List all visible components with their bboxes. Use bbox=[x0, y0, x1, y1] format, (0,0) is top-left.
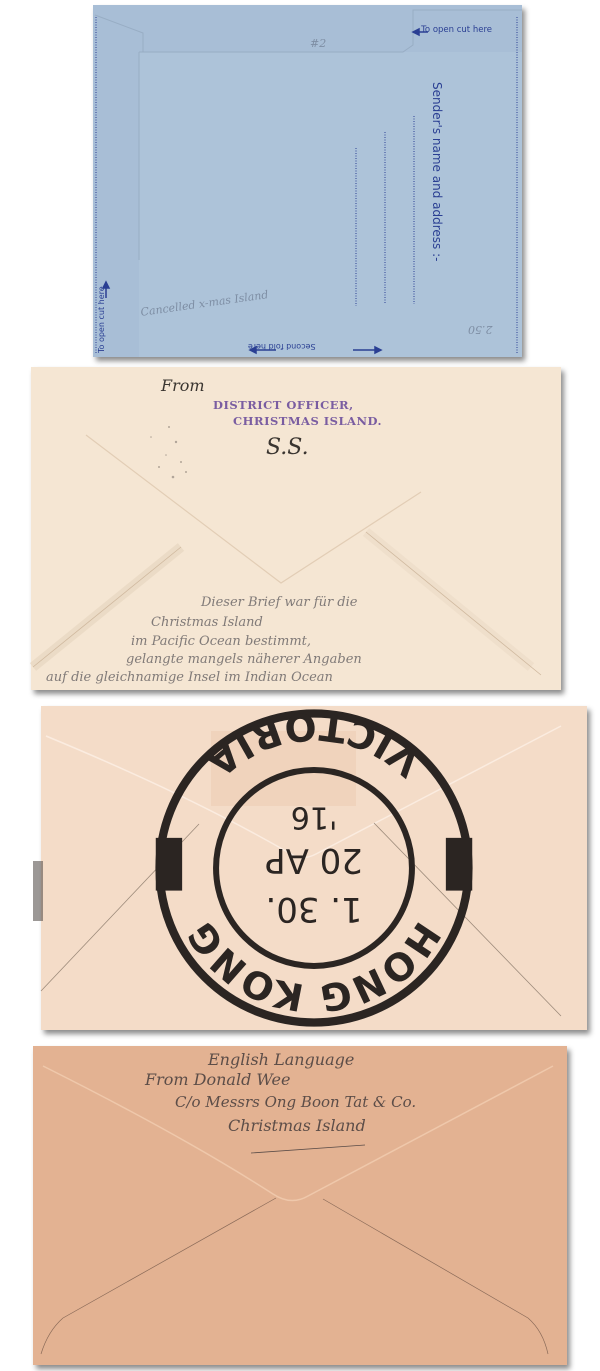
handwritten-line: Christmas Island bbox=[228, 1116, 366, 1135]
pencil-note-line: im Pacific Ocean bestimmt, bbox=[131, 634, 311, 649]
pencil-note-line: gelangte mangels näherer Angaben bbox=[126, 652, 362, 667]
svg-text:1. 30.: 1. 30. bbox=[265, 890, 362, 929]
donald-envelope: English Language From Donald Wee C/o Mes… bbox=[33, 1046, 567, 1365]
district-officer-envelope: From DISTRICT OFFICER, CHRISTMAS ISLAND.… bbox=[31, 367, 561, 690]
sender-label: Sender's name and address :- bbox=[430, 82, 444, 261]
pencil-note-line: auf die gleichnamige Insel im Indian Oce… bbox=[46, 670, 333, 685]
hong-kong-postmark: HONG KONG VICTORIA 1. 30. 20 AP '16 bbox=[41, 706, 587, 1030]
handwritten-line: English Language bbox=[208, 1050, 354, 1069]
pencil-note-line: Christmas Island bbox=[151, 615, 263, 630]
pencil-note-price: 2.50 bbox=[468, 323, 493, 336]
svg-text:'16: '16 bbox=[291, 800, 338, 835]
handwritten-line: From Donald Wee bbox=[145, 1070, 290, 1089]
handwritten-from: From bbox=[161, 376, 205, 395]
svg-text:20 AP: 20 AP bbox=[265, 841, 363, 880]
open-instruction-left: To open cut here bbox=[97, 286, 106, 353]
hong-kong-backstamp-envelope: HONG KONG VICTORIA 1. 30. 20 AP '16 bbox=[41, 706, 587, 1030]
aerogramme-envelope: To open cut here To open cut here Second… bbox=[93, 5, 522, 357]
pencil-note-top: #2 bbox=[310, 37, 326, 50]
open-instruction-top: To open cut here bbox=[421, 25, 492, 35]
handstamp-line-2: CHRISTMAS ISLAND. bbox=[233, 414, 382, 428]
handwritten-initials: S.S. bbox=[266, 435, 309, 460]
second-fold-instruction: Second fold here bbox=[248, 342, 316, 351]
pencil-note-line: Dieser Brief war für die bbox=[201, 595, 357, 610]
handstamp-line-1: DISTRICT OFFICER, bbox=[213, 398, 354, 412]
handwritten-line: C/o Messrs Ong Boon Tat & Co. bbox=[175, 1093, 416, 1111]
